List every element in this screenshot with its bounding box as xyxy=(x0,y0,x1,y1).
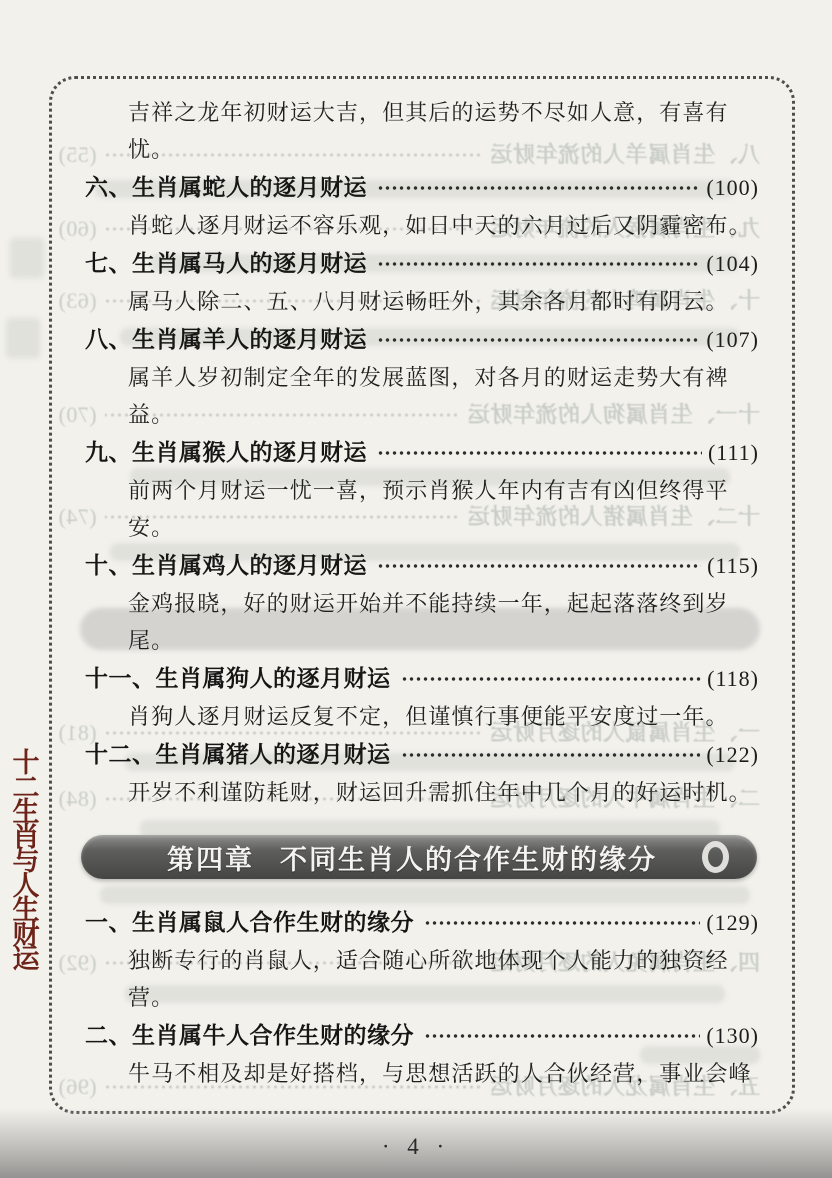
entry-number: 七、 xyxy=(85,244,132,282)
entry-number: 一、 xyxy=(85,903,132,941)
toc-entry: 六、 生肖属蛇人的逐月财运 (100) 肖蛇人逐月财运不容乐观，如日中天的六月过… xyxy=(85,168,759,244)
entry-page-number: (122) xyxy=(706,736,759,774)
entry-description: 肖蛇人逐月财运不容乐观，如日中天的六月过后又阴霾密布。 xyxy=(128,207,758,244)
chapter-label: 第四章 xyxy=(167,838,254,877)
entry-title: 生肖属鼠人合作生财的缘分 xyxy=(132,903,414,941)
spine-title-char: 与 xyxy=(13,849,40,874)
toc-entry: 十一、 生肖属狗人的逐月财运 (118) 肖狗人逐月财运反复不定，但谨慎行事便能… xyxy=(85,659,759,735)
entry-number: 八、 xyxy=(85,320,132,358)
spine-title-char: 运 xyxy=(13,947,40,972)
scan-shadow-top xyxy=(0,0,832,66)
dot-leader xyxy=(401,745,701,765)
toc-entry: 十二、 生肖属猪人的逐月财运 (122) 开岁不利谨防耗财，财运回升需抓住年中几… xyxy=(85,735,759,811)
entry-number: 十二、 xyxy=(85,735,156,773)
dot-leader xyxy=(377,330,700,350)
entry-page-number: (130) xyxy=(706,1017,759,1055)
entry-page-number: (100) xyxy=(706,169,759,207)
toc-monthly-section: 六、 生肖属蛇人的逐月财运 (100) 肖蛇人逐月财运不容乐观，如日中天的六月过… xyxy=(85,168,759,811)
chapter-4-banner: 第四章 不同生肖人的合作生财的缘分 xyxy=(81,835,757,879)
entry-title: 生肖属猪人的逐月财运 xyxy=(156,735,391,773)
entry-title: 生肖属蛇人的逐月财运 xyxy=(132,168,367,206)
toc-entry: 十、 生肖属鸡人的逐月财运 (115) 金鸡报晓，好的财运开始并不能持续一年，起… xyxy=(85,546,759,659)
entry-page-number: (104) xyxy=(706,245,759,283)
entry-number: 六、 xyxy=(85,168,132,206)
entry-number: 十、 xyxy=(85,546,132,584)
toc-content: 吉祥之龙年初财运大吉，但其后的运势不尽如人意，有喜有忧。 六、 生肖属蛇人的逐月… xyxy=(85,94,759,1092)
dot-leader xyxy=(377,254,700,274)
dot-leader xyxy=(377,556,701,576)
entry-number: 九、 xyxy=(85,433,132,471)
dot-leader xyxy=(424,913,700,933)
entry-description: 金鸡报晓，好的财运开始并不能持续一年，起起落落终到岁尾。 xyxy=(128,585,758,659)
toc-entry: 二、 生肖属牛人合作生财的缘分 (130) 牛马不相及却是好搭档，与思想活跃的人… xyxy=(85,1016,759,1092)
spine-title-char: 十 xyxy=(13,751,40,776)
ring-icon xyxy=(702,841,729,873)
toc-intro-continuation: 吉祥之龙年初财运大吉，但其后的运势不尽如人意，有喜有忧。 xyxy=(128,94,758,168)
toc-entry: 八、 生肖属羊人的逐月财运 (107) 属羊人岁初制定全年的发展蓝图，对各月的财… xyxy=(85,320,759,433)
dot-leader xyxy=(401,669,702,689)
entry-number: 十一、 xyxy=(85,659,156,697)
entry-title: 生肖属狗人的逐月财运 xyxy=(156,659,391,697)
entry-title: 生肖属马人的逐月财运 xyxy=(132,244,367,282)
toc-entry: 一、 生肖属鼠人合作生财的缘分 (129) 独断专行的肖鼠人，适合随心所欲地体现… xyxy=(85,903,759,1016)
entry-description: 牛马不相及却是好搭档，与思想活跃的人合伙经营，事业会峰 xyxy=(128,1055,758,1092)
entry-description: 肖狗人逐月财运反复不定，但谨慎行事便能平安度过一年。 xyxy=(128,698,758,735)
entry-page-number: (115) xyxy=(707,547,759,585)
bleed-through-blob xyxy=(10,238,44,278)
entry-description: 前两个月财运一忧一喜，预示肖猴人年内有吉有凶但终得平安。 xyxy=(128,472,758,546)
folio: · 4 · xyxy=(0,1134,832,1160)
chapter-title: 不同生肖人的合作生财的缘分 xyxy=(280,838,657,877)
entry-description: 属羊人岁初制定全年的发展蓝图，对各月的财运走势大有裨益。 xyxy=(128,359,758,433)
entry-title: 生肖属牛人合作生财的缘分 xyxy=(132,1016,414,1054)
dot-leader xyxy=(377,443,702,463)
entry-description: 属马人除二、五、八月财运畅旺外，其余各月都时有阴云。 xyxy=(128,283,758,320)
spine-title-char: 生 xyxy=(13,898,40,923)
scanned-book-page: 八、生肖属羊人的流年财运(55)九、生肖属猴人的流年财运(60)十、生肖属鸡人的… xyxy=(0,0,832,1178)
entry-title: 生肖属猴人的逐月财运 xyxy=(132,433,367,471)
entry-title: 生肖属羊人的逐月财运 xyxy=(132,320,367,358)
dot-leader xyxy=(377,178,700,198)
entry-page-number: (111) xyxy=(708,434,759,472)
entry-page-number: (118) xyxy=(707,660,759,698)
page-number: · 4 · xyxy=(382,1134,450,1159)
entry-number: 二、 xyxy=(85,1016,132,1054)
toc-entry: 九、 生肖属猴人的逐月财运 (111) 前两个月财运一忧一喜，预示肖猴人年内有吉… xyxy=(85,433,759,546)
dot-leader xyxy=(424,1026,700,1046)
entry-title: 生肖属鸡人的逐月财运 xyxy=(132,546,367,584)
spine-book-title: 十二生肖与人生财运 xyxy=(7,751,45,972)
spine-title-char: 生 xyxy=(13,800,40,825)
toc-chapter4-section: 一、 生肖属鼠人合作生财的缘分 (129) 独断专行的肖鼠人，适合随心所欲地体现… xyxy=(85,903,759,1092)
entry-page-number: (129) xyxy=(706,904,759,942)
entry-description: 开岁不利谨防耗财，财运回升需抓住年中几个月的好运时机。 xyxy=(128,774,758,811)
entry-description: 独断专行的肖鼠人，适合随心所欲地体现个人能力的独资经营。 xyxy=(128,942,758,1016)
toc-entry: 七、 生肖属马人的逐月财运 (104) 属马人除二、五、八月财运畅旺外，其余各月… xyxy=(85,244,759,320)
entry-page-number: (107) xyxy=(706,321,759,359)
bleed-through-blob xyxy=(6,318,40,358)
